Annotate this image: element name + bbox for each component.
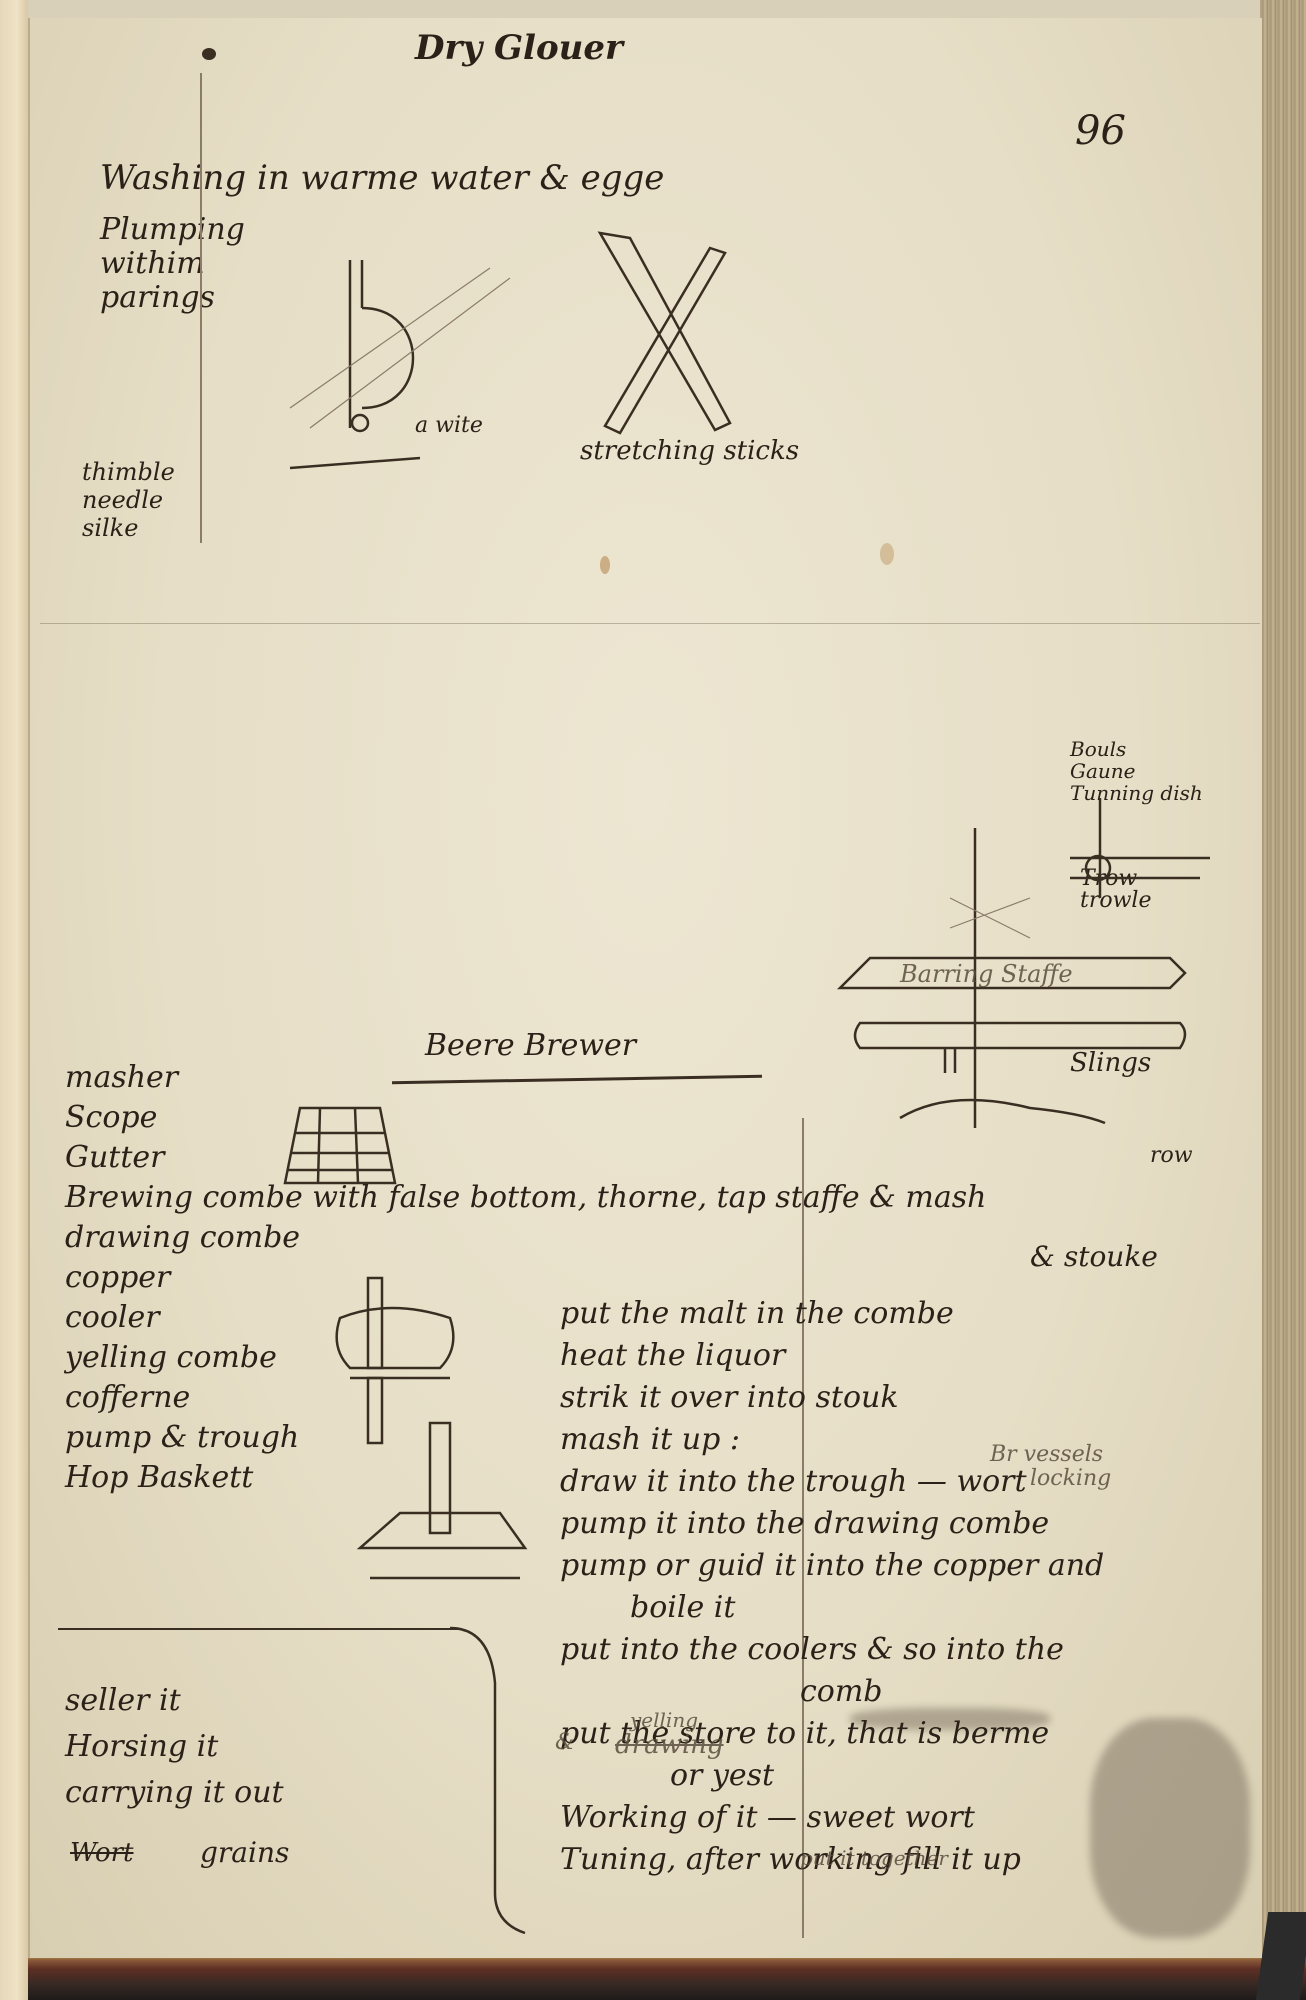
book-left-edge [0, 0, 28, 2000]
list-item: Brewing combe with false bottom, thorne,… [65, 1178, 986, 1218]
slings-label: Slings [1070, 1048, 1151, 1078]
box-curve [450, 1623, 530, 1943]
vessels-locking-note: Br vessels locking [990, 1443, 1111, 1491]
yelling-insertion: yelling [630, 1708, 698, 1732]
struck-drawing: drawing [615, 1730, 724, 1760]
list-item: seller it [65, 1678, 284, 1724]
row-label: row [1150, 1143, 1193, 1168]
list-item: silke [82, 514, 175, 542]
pump-and-trough-sketch [330, 1278, 560, 1588]
label: Gaune [1070, 760, 1203, 782]
step: heat the liquor [560, 1335, 1104, 1377]
stouke-note: & stouke [1030, 1240, 1158, 1273]
grains-label: grains [200, 1836, 289, 1869]
ink-smear [1090, 1718, 1250, 1938]
brewing-steps: put the malt in the combe heat the liquo… [560, 1293, 1104, 1881]
stretching-sticks-label: stretching sticks [580, 436, 799, 466]
list-item: carrying it out [65, 1770, 284, 1816]
barring-staff-label: Barring Staffe [900, 960, 1073, 988]
wite-tool-sketch [290, 248, 520, 478]
step: put into the coolers & so into the [560, 1629, 1104, 1671]
glover-tools-list: thimble needle silke [82, 458, 175, 542]
box-top-rule [58, 1628, 458, 1630]
book-binding [28, 1955, 1306, 2000]
note-line: Br vessels [990, 1443, 1111, 1467]
glover-washing-line: Washing in warme water & egge [100, 158, 664, 198]
list-item: drawing combe [65, 1218, 986, 1258]
margin-rule [200, 73, 202, 543]
wite-label: a wite [415, 413, 483, 438]
struck-wort: Wort [70, 1838, 134, 1868]
list-item: parings [100, 281, 245, 315]
tunning-labels: Bouls Gaune Tunning dish [1070, 738, 1203, 804]
manuscript-page: Dry Glouer 96 Washing in warme water & e… [28, 18, 1262, 1958]
step: put the malt in the combe [560, 1293, 1104, 1335]
label: Bouls [1070, 738, 1203, 760]
step: boile it [560, 1587, 1104, 1629]
note-line: locking [990, 1467, 1111, 1491]
stain [880, 543, 894, 565]
glover-process-list: Plumping withim parings [100, 213, 245, 315]
list-item: Scope [65, 1098, 986, 1138]
glover-title: Dry Glouer [415, 28, 623, 68]
step: pump it into the drawing combe [560, 1503, 1104, 1545]
step: comb [560, 1671, 1104, 1713]
list-item: Gutter [65, 1138, 986, 1178]
ampersand-margin: & [555, 1730, 575, 1755]
list-item: masher [65, 1058, 986, 1098]
stain [600, 556, 610, 574]
list-item: Horsing it [65, 1724, 284, 1770]
faint-rule [40, 623, 1260, 624]
list-item: Plumping [100, 213, 245, 247]
list-item: withim [100, 247, 245, 281]
step: Working of it — sweet wort [560, 1797, 1104, 1839]
step: or yest [560, 1755, 1104, 1797]
list-item: needle [82, 486, 175, 514]
ink-blot [202, 48, 216, 60]
folio-number: 96 [1075, 108, 1126, 154]
list-item: thimble [82, 458, 175, 486]
stretching-sticks-sketch [580, 218, 780, 448]
after-brewing-list: seller it Horsing it carrying it out [65, 1678, 284, 1816]
book-fore-edge [1260, 0, 1306, 1960]
together-note: put it together [800, 1846, 948, 1870]
step: strik it over into stouk [560, 1377, 1104, 1419]
step: pump or guid it into the copper and [560, 1545, 1104, 1587]
